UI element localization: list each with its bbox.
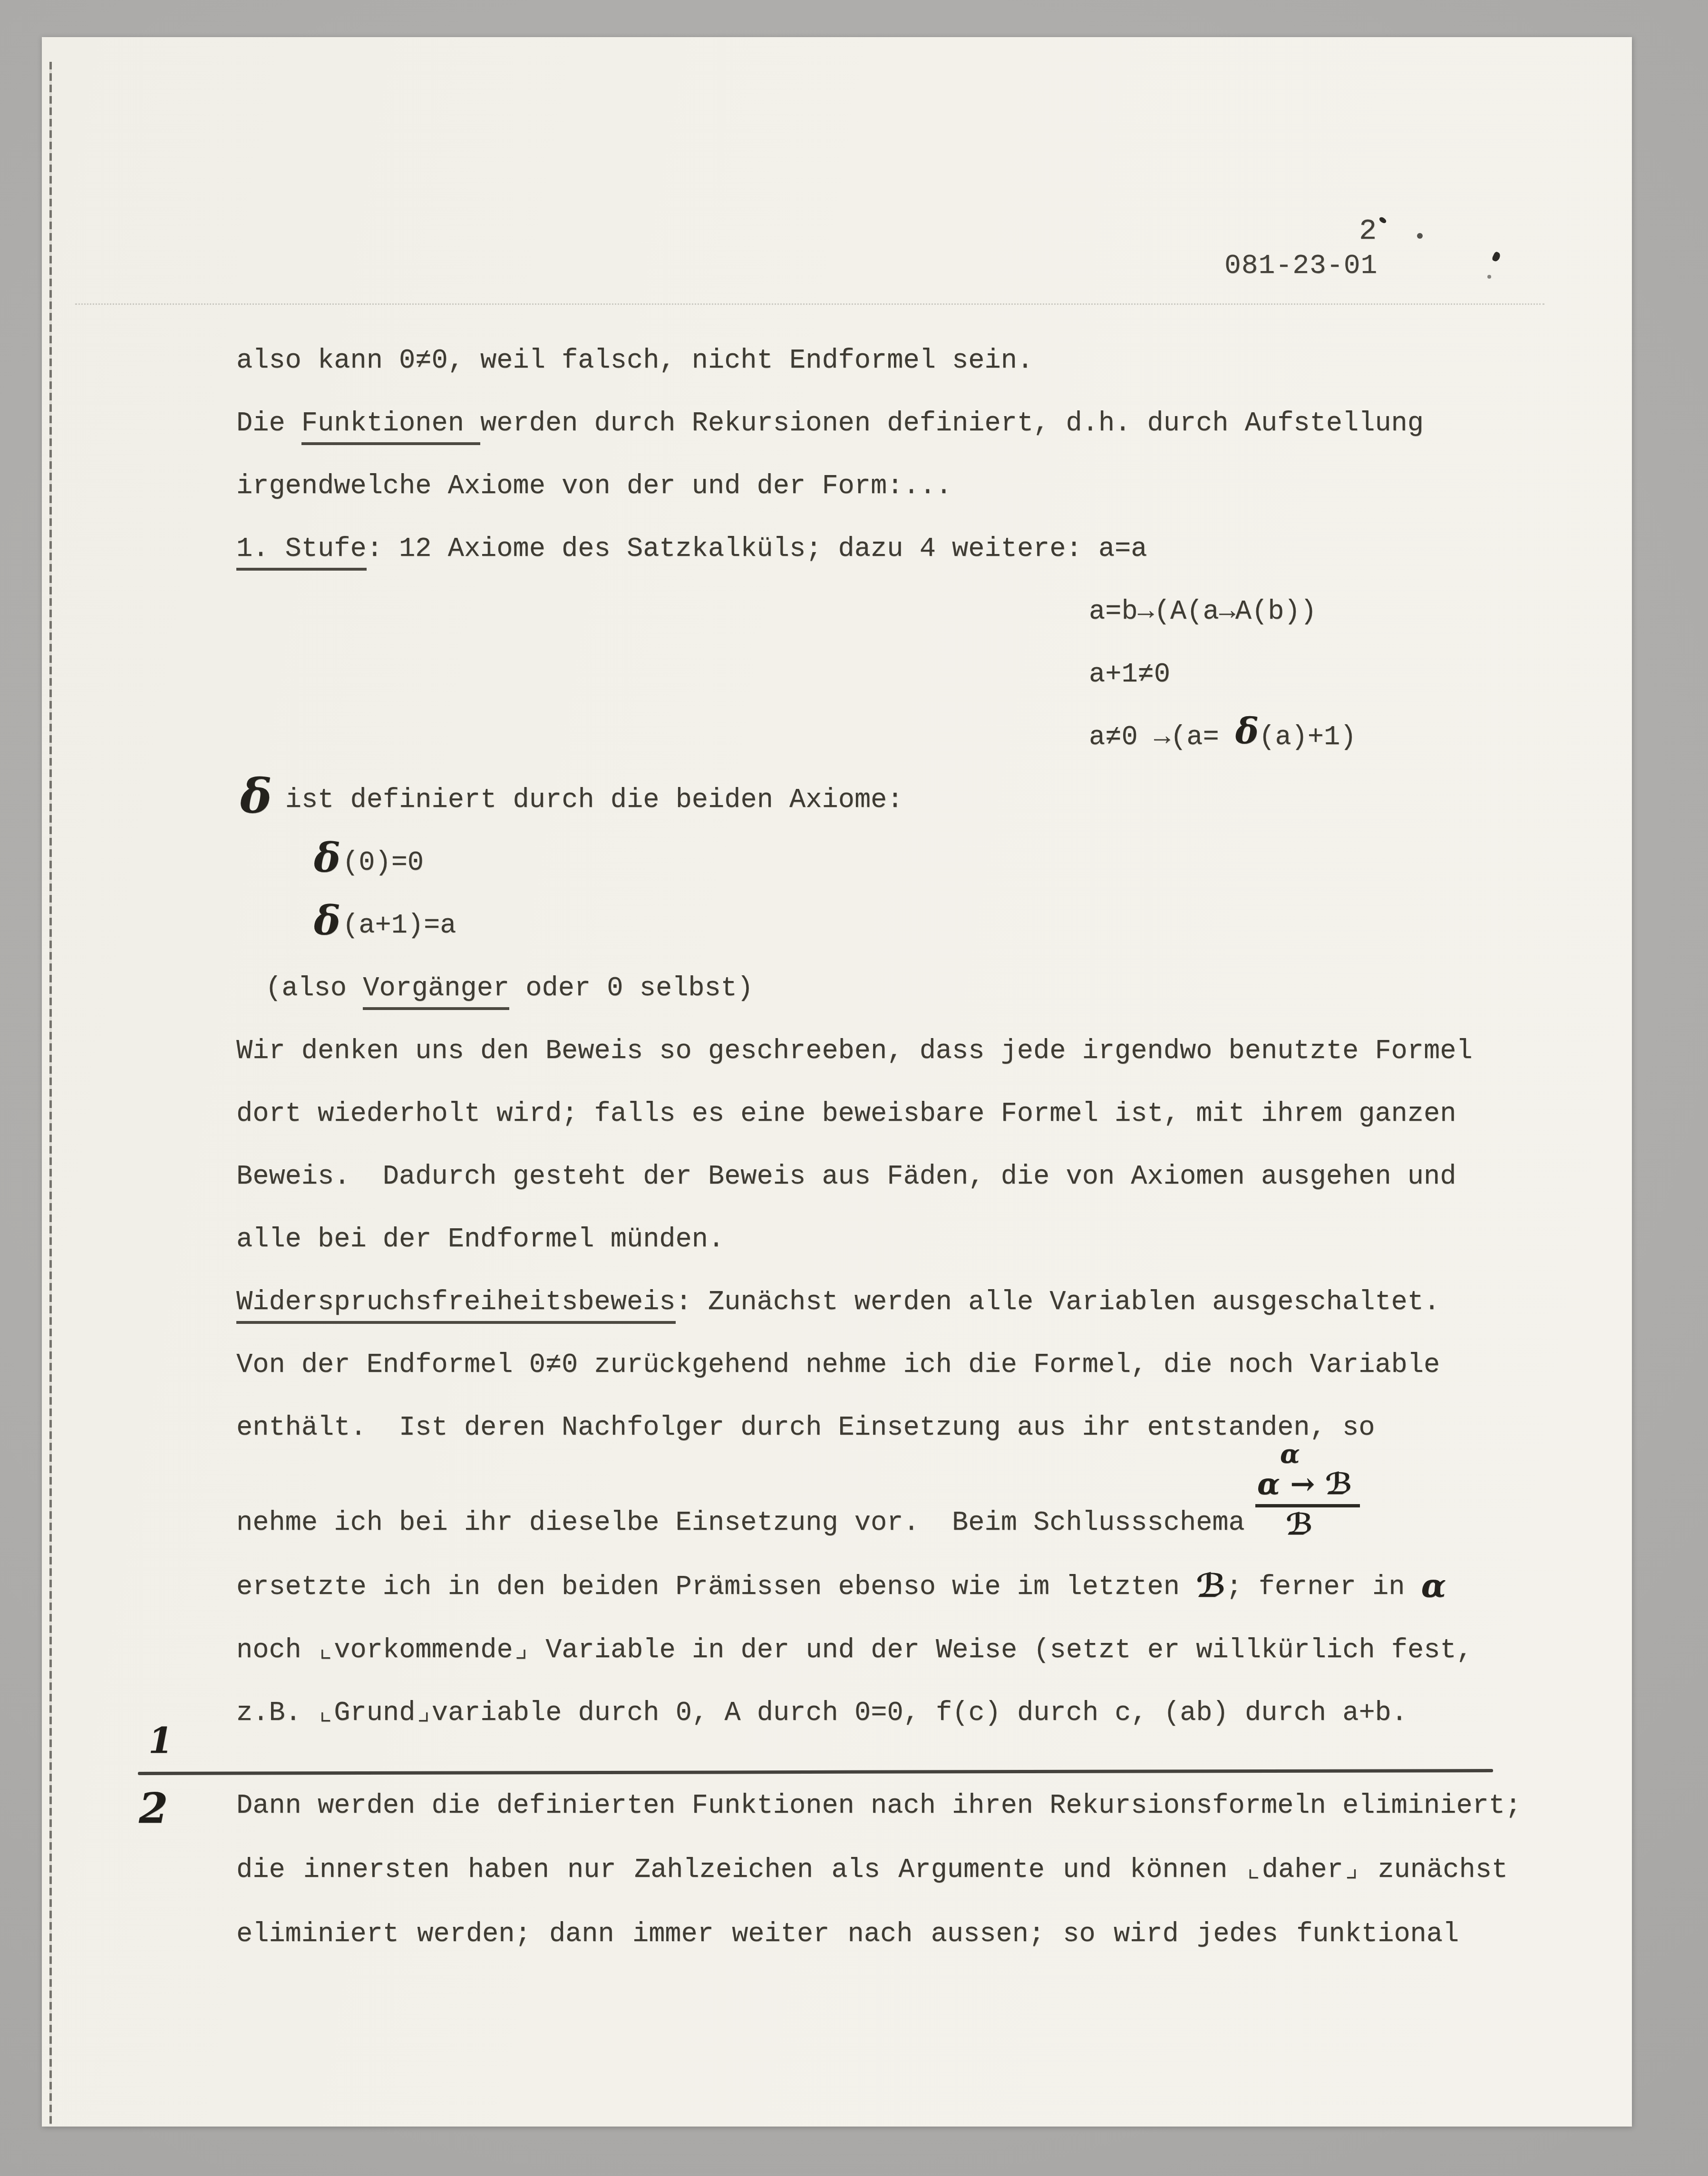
page-number: 2 (1359, 214, 1377, 248)
line-11-post: oder 0 selbst) (509, 973, 753, 1004)
handwritten-delta: δ (314, 834, 340, 881)
handwritten-delta: δ (240, 768, 272, 824)
document-number: 081-23-01 (1224, 251, 1378, 282)
ink-speck (1491, 251, 1501, 262)
underlined-heading-widerspruchsfreiheitsbeweis: Widerspruchsfreiheitsbeweis (236, 1287, 676, 1324)
line-2-post: werden durch Rekursionen definiert, d.h.… (480, 408, 1424, 439)
typed-line-11: (also Vorgänger oder 0 selbst) (265, 973, 753, 1010)
handwritten-delta: δ (314, 897, 340, 944)
line-4-post: : 12 Axiome des Satzkalküls; dazu 4 weit… (367, 534, 1147, 564)
delta-axiom-1-rest: (0)=0 (342, 848, 424, 878)
schema-premise-2: α → ℬ (1255, 1467, 1360, 1507)
scanned-page: 2 081-23-01 also kann 0≠0, weil falsch, … (42, 37, 1632, 2127)
schema-premise-1: α (1255, 1441, 1360, 1467)
eq4-post: (a)+1) (1259, 722, 1356, 753)
schlussschema-fraction: α α → ℬ ℬ (1255, 1441, 1360, 1541)
typed-line-25: eliminiert werden; dann immer weiter nac… (236, 1919, 1459, 1951)
handwritten-script-b: ℬ (1196, 1567, 1226, 1605)
ink-speck (1378, 216, 1388, 224)
scan-backdrop: { "palette": { "backdrop": "#aeadab", "p… (0, 0, 1708, 2176)
underlined-word-funktionen: Funktionen (301, 408, 480, 445)
line-20-pre: ersetzte ich in den beiden Prämissen ebe… (236, 1572, 1196, 1603)
typed-line-3: irgendwelche Axiome von der und der Form… (236, 471, 952, 503)
line-16-post: : Zunächst werden alle Variablen ausgesc… (676, 1287, 1440, 1318)
typed-line-20: ersetzte ich in den beiden Prämissen ebe… (236, 1572, 1446, 1603)
margin-note-1: 1 (148, 1720, 173, 1761)
axiom-equation-2: a=b→(A(a→A(b)) (1089, 597, 1317, 628)
ink-speck (1487, 275, 1491, 279)
typed-line-16: Widerspruchsfreiheitsbeweis: Zunächst we… (236, 1287, 1440, 1324)
typed-line-15: alle bei der Endformel münden. (236, 1224, 724, 1256)
delta-axiom-1: δ(0)=0 (314, 848, 424, 879)
delta-axiom-2-rest: (a+1)=a (342, 911, 456, 941)
eq4-pre: a≠0 →(a= (1089, 722, 1235, 753)
typed-line-2: Die Funktionen werden durch Rekursionen … (236, 408, 1424, 445)
axiom-equation-3: a+1≠0 (1089, 660, 1170, 691)
typed-line-19: nehme ich bei ihr dieselbe Einsetzung vo… (236, 1508, 1245, 1539)
typed-line-18: enthält. Ist deren Nachfolger durch Eins… (236, 1413, 1375, 1444)
typed-line-8: δist definiert durch die beiden Axiome: (240, 785, 903, 816)
margin-note-2: 2 (139, 1783, 168, 1833)
header-separator (75, 303, 1544, 305)
typed-line-17: Von der Endformel 0≠0 zurückgehend nehme… (236, 1350, 1440, 1381)
section-divider-rule (138, 1769, 1493, 1775)
typed-line-12: Wir denken uns den Beweis so geschreeben… (236, 1036, 1473, 1068)
line-2-pre: Die (236, 408, 301, 439)
page-fold-line (49, 62, 52, 2125)
typed-line-4: 1. Stufe: 12 Axiome des Satzkalküls; daz… (236, 534, 1147, 571)
delta-axiom-2: δ(a+1)=a (314, 911, 456, 942)
handwritten-script-a: α (1421, 1567, 1446, 1605)
axiom-equation-4: a≠0 →(a= δ(a)+1) (1089, 722, 1356, 754)
schema-conclusion: ℬ (1255, 1508, 1360, 1541)
underlined-word-vorgaenger: Vorgänger (363, 973, 509, 1010)
line-20-mid: ; ferner in (1226, 1572, 1421, 1603)
typed-line-13: dort wiederholt wird; falls es eine bewe… (236, 1099, 1456, 1130)
typed-line-22: z.B. ⌞Grund⌟variable durch 0, A durch 0=… (236, 1698, 1407, 1729)
line-11-pre: (also (265, 973, 363, 1004)
line-8-post: ist definiert durch die beiden Axiome: (285, 785, 903, 816)
typed-line-24: die innersten haben nur Zahlzeichen als … (236, 1855, 1508, 1886)
typed-line-23: Dann werden die definierten Funktionen n… (236, 1791, 1521, 1822)
typed-line-14: Beweis. Dadurch gesteht der Beweis aus F… (236, 1162, 1456, 1193)
handwritten-delta: δ (1235, 711, 1259, 752)
ink-speck (1417, 233, 1423, 239)
typed-line-1: also kann 0≠0, weil falsch, nicht Endfor… (236, 346, 1033, 377)
underlined-heading-stufe: 1. Stufe (236, 534, 367, 571)
typed-line-21: noch ⌞vorkommende⌟ Variable in der und d… (236, 1635, 1473, 1667)
